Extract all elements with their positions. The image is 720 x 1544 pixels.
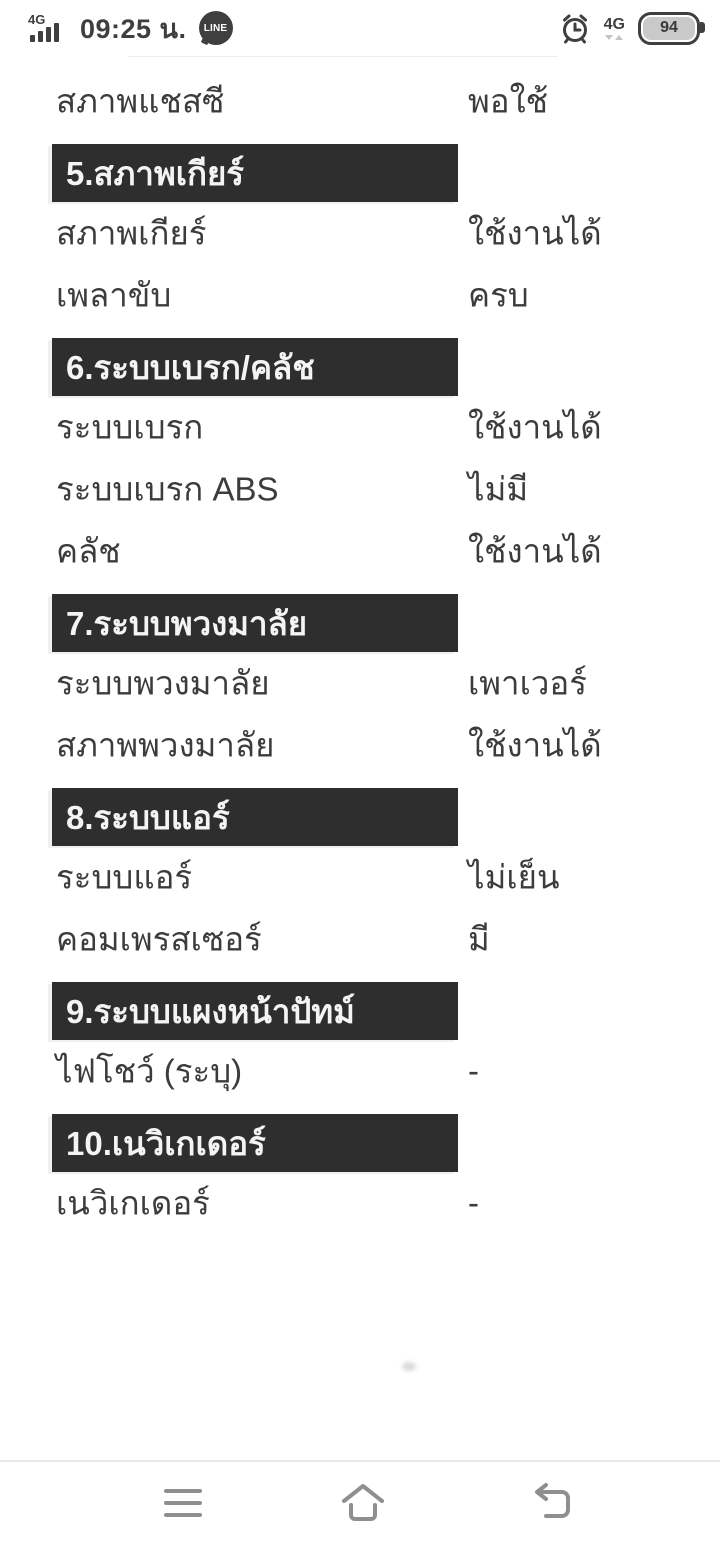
spec-label: ระบบพวงมาลัย [56,657,270,710]
spec-row: สภาพแชสซี พอใช้ [0,70,720,132]
spec-value: ใช้งานได้ [468,401,602,454]
spec-value: พอใช้ [468,75,548,128]
spec-row: สภาพพวงมาลัย ใช้งานได้ [0,714,720,776]
spec-value: ใช้งานได้ [468,719,602,772]
spec-row: ระบบเบรก ABS ไม่มี [0,458,720,520]
back-return-icon [528,1479,576,1527]
spec-row: เนวิเกเดอร์ - [0,1172,720,1234]
section-header-7: 7.ระบบพวงมาลัย [52,594,458,652]
spec-label: ระบบเบรก [56,401,203,454]
line-notification-icon: LINE [199,11,233,45]
battery-icon: 94 [638,12,700,45]
spec-label: สภาพแชสซี [56,75,224,128]
hamburger-menu-icon [159,1479,207,1527]
spec-label: ระบบแอร์ [56,851,192,904]
spec-row: คลัช ใช้งานได้ [0,520,720,582]
home-button[interactable] [339,1479,387,1527]
spec-value: ครบ [468,269,529,322]
spec-value: - [468,1184,479,1222]
navigation-bar [0,1460,720,1544]
network-4g-label: 4G [604,17,625,33]
spec-value: ไม่เย็น [468,851,560,904]
spec-value: เพาเวอร์ [468,657,587,710]
section-header-6: 6.ระบบเบรก/คลัช [52,338,458,396]
section-header-5: 5.สภาพเกียร์ [52,144,458,202]
spec-label: สภาพเกียร์ [56,207,207,260]
section-header-9: 9.ระบบแผงหน้าปัทม์ [52,982,458,1040]
spec-label: คอมเพรสเซอร์ [56,913,262,966]
spec-row: เพลาขับ ครบ [0,264,720,326]
spec-row: สภาพเกียร์ ใช้งานได้ [0,202,720,264]
spec-row: ระบบเบรก ใช้งานได้ [0,396,720,458]
spec-label: เนวิเกเดอร์ [56,1177,210,1230]
home-icon [339,1479,387,1527]
spec-value: - [468,1052,479,1090]
spec-value: มี [468,913,490,966]
spec-label: ระบบเบรก ABS [56,463,278,516]
line-badge-label: LINE [204,23,228,34]
spec-label: สภาพพวงมาลัย [56,719,274,772]
spec-row: ระบบพวงมาลัย เพาเวอร์ [0,652,720,714]
status-bar: 4G 09:25 น. LINE 4G [0,0,720,56]
spec-label: คลัช [56,525,121,578]
spec-row: ระบบแอร์ ไม่เย็น [0,846,720,908]
data-transfer-arrows-icon [605,35,623,40]
section-header-10: 10.เนวิเกเดอร์ [52,1114,458,1172]
spec-value: ใช้งานได้ [468,525,602,578]
spec-label: ไฟโชว์ (ระบุ) [56,1045,242,1098]
inspection-document: สภาพแชสซี พอใช้ 5.สภาพเกียร์ สภาพเกียร์ … [0,56,720,1234]
spec-row: ไฟโชว์ (ระบุ) - [0,1040,720,1102]
section-header-8: 8.ระบบแอร์ [52,788,458,846]
network-4g-indicator: 4G [604,17,625,40]
signal-strength-icon: 4G [28,11,68,45]
spec-row: คอมเพรสเซอร์ มี [0,908,720,970]
battery-percent: 94 [660,19,678,37]
alarm-clock-icon [559,11,591,45]
clock-time: 09:25 น. [80,7,187,50]
spec-label: เพลาขับ [56,269,171,322]
spec-value: ใช้งานได้ [468,207,602,260]
menu-button[interactable] [159,1479,207,1527]
spec-value: ไม่มี [468,463,528,516]
signal-bars-icon [30,23,59,42]
scan-artifact-smudge [402,1362,416,1371]
back-button[interactable] [528,1479,576,1527]
